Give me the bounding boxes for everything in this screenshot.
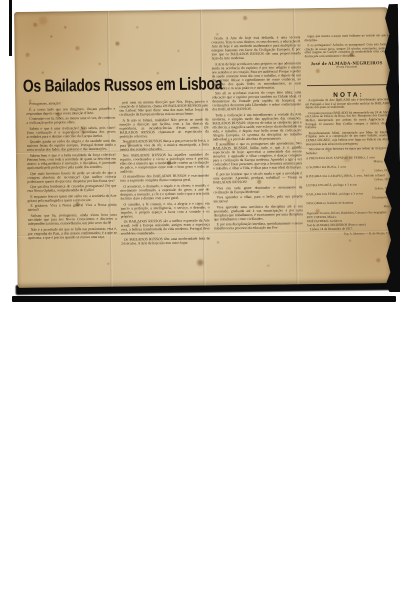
nota-paragraph: Immediatamente Mimi, interpretado por Mm… <box>306 131 390 147</box>
column2-paragraph: A fé não te faltará, multidão! Não perca… <box>119 117 208 138</box>
column2-paragraph: Os BAILADOS RUSSOS são a melhor expressã… <box>121 219 210 236</box>
column3-paragraph: E por esta disciplinação imediata, quoti… <box>214 222 303 231</box>
column1-paragraph: Não é a juventude em que se falla nas pe… <box>28 226 117 239</box>
work-row: LENDA D'IGNEZ, prólogo e 3 actosLisboa, … <box>306 183 390 192</box>
column2-paragraph: Nos BAILADOS RUSSOS dança a graça exacta… <box>120 139 209 152</box>
bottom-shadow-bar <box>12 296 396 302</box>
document-sheet: Os Bailados Russos em Lisboa Portuguezes… <box>14 7 393 288</box>
foxing-stains <box>14 12 16 14</box>
column1-paragraph: Portuguezes, atenção! <box>26 101 115 106</box>
column4-paragraph: E os portuguezes? Achados os portuguezes… <box>304 43 388 59</box>
column2-paragraph: O acontecer, o chamado, o regalo e os ol… <box>120 183 209 200</box>
nota-paragraph: O mesmo processo BAILADO foi representad… <box>305 111 389 131</box>
page-title: Os Bailados Russos em Lisboa <box>23 73 210 96</box>
column1-paragraph: Sabeis o que é uma civilização? Não sabe… <box>27 125 116 138</box>
column3-paragraph: Toda a civilização é um entendimento: a … <box>212 112 301 141</box>
column2-paragraph: Nos BAILADOS RUSSOS ha aquelles caminhos… <box>120 152 209 173</box>
work-origin: Música, 1918 <box>306 160 390 165</box>
paper-wrapper: Os Bailados Russos em Lisboa Portuguezes… <box>14 7 393 288</box>
column3-paragraph: Viva em cada gente dominador o monumento… <box>213 185 302 194</box>
text-column-2: pois nem na mesma direcção que Nós, Hoje… <box>119 99 210 258</box>
column1-paragraph: Saibam que ha, portuguezes, ainda n'esta… <box>28 213 117 226</box>
column1-paragraph: Contentae-vos lá, filhos, ao menos uma s… <box>26 116 115 125</box>
column1-paragraph: Que pacífica lembrança de cruzadas portu… <box>27 184 116 193</box>
work-row: A PRINCEZA DOS SAPATOS DE FERRO, 1 actoM… <box>306 156 390 165</box>
work-origin: Idem. <box>307 205 391 210</box>
column3-paragraph: Viva aprender a olhar, para o bello, pel… <box>213 194 302 203</box>
column1-paragraph: Quando ganha ao redor da alegria e da sa… <box>27 139 116 152</box>
text-column-4: tugal, que mostra a nação mais brilhante… <box>304 34 391 277</box>
column2-paragraph: pois nem na mesma direcção que Nós, Hoje… <box>119 99 208 116</box>
nota-paragraph: São estas as obras theatraes escriptas p… <box>306 147 390 156</box>
column3-paragraph: É justamente o que os portuguezes não ap… <box>213 142 302 171</box>
column3-paragraph: A Arte de hoje acorda nos seus próprios … <box>212 61 301 90</box>
work-row: HISTORIA DA CARAPUÇINHA, 1 acto, bailado… <box>306 174 390 183</box>
column3-paragraph: Viva aprender uma mecânica da disciplina… <box>214 204 303 221</box>
works-list: A PRINCEZA DOS SAPATOS DE FERRO, 1 actoM… <box>306 156 391 210</box>
signature-block: José de ALMADA-NEGREIROS (Poeta Futurist… <box>305 61 389 70</box>
column1-paragraph: E enquanto houver quem não saiba ver, a … <box>27 193 116 202</box>
column3-paragraph: É preciso lembrar que o século muda e qu… <box>213 171 302 184</box>
section-divider <box>307 84 387 86</box>
printer-imprint: Typ. A. Monteiro — R. do Século, 71 <box>307 232 391 237</box>
credits-block: Figurinos, Livretos, Décors, Bastidores,… <box>307 212 391 228</box>
nota-paragraphs: A expressão de Arte BAILADO não é devida… <box>305 98 390 155</box>
column1-paragraph: Sabem bem o que é a bella totalidade da … <box>27 153 116 170</box>
text-column-1: Portuguezes, atenção!É a vosso lado que … <box>26 101 117 258</box>
column2-paragraph: Os BAILADOS RUSSOS têm uma modernidade f… <box>121 236 210 245</box>
column1-paragraph: E gritámos: Viva a Nossa guerra! Viva a … <box>28 203 117 212</box>
signature-role: (Poeta Futurista) <box>305 65 389 70</box>
column4-intro: tugal, que mostra a nação mais brilhante… <box>304 34 388 59</box>
column1-paragraph: É a vosso lado que nos dirigimos. Ouçam … <box>26 106 115 115</box>
nota-paragraph: A expressão de Arte BAILADO não é devida… <box>305 98 389 110</box>
left-edge-artifact <box>9 0 12 56</box>
column3-paragraph: São ali os acrobatas exactos do corpo fe… <box>212 90 301 111</box>
text-column-3: ficam. A Arte de hoje está definida, é u… <box>211 35 303 248</box>
work-row: DISCÓBOLO, bailado de homensIdem. <box>307 201 391 210</box>
column2-paragraph: O maravilhoso dos BAILADOS RUSSOS é exac… <box>120 174 209 183</box>
column2-paragraph: O caminho, a fé comum, o céu, a alegria … <box>120 201 209 218</box>
column3-paragraph: ficam. A Arte de hoje está definida, é u… <box>211 35 300 60</box>
scene: Os Bailados Russos em Lisboa Portuguezes… <box>0 0 400 600</box>
column1-paragraph: Que mais heroísmo haveis de pedir ao séc… <box>27 170 116 183</box>
